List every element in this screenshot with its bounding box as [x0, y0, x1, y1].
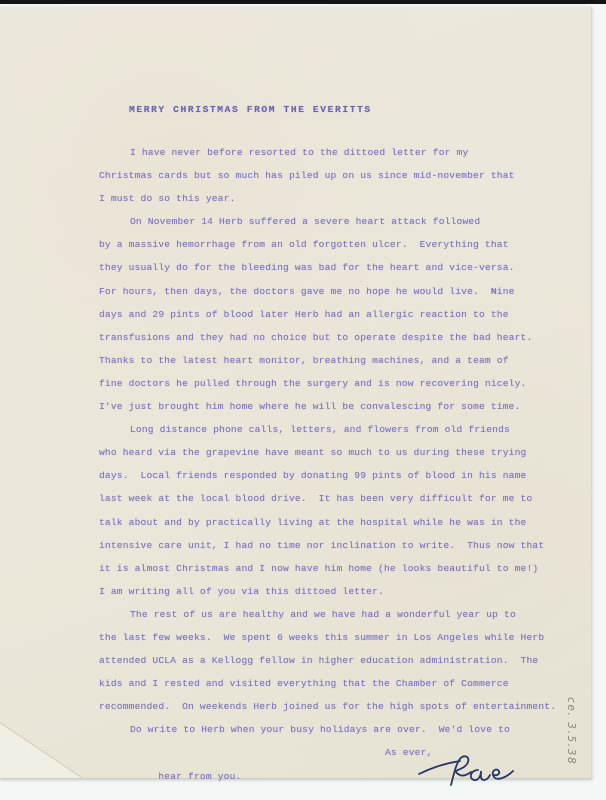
- letter-line: intensive care unit, I had no time nor i…: [99, 534, 569, 557]
- letter-line: Thanks to the latest heart monitor, brea…: [99, 349, 569, 372]
- signature: [417, 751, 517, 793]
- closing-text: hear from you.: [158, 771, 241, 782]
- paragraph-4: The rest of us are healthy and we have h…: [99, 603, 569, 718]
- letter-line: talk about and by practically living at …: [99, 511, 569, 534]
- letter-line: I have never before resorted to the ditt…: [99, 141, 569, 164]
- letter-line: last week at the local blood drive. It h…: [99, 487, 569, 510]
- letter-title: MERRY CHRISTMAS FROM THE EVERITTS: [129, 104, 372, 115]
- signature-handwriting-icon: [417, 751, 517, 793]
- letter-body: I have never before resorted to the ditt…: [99, 141, 569, 765]
- letter-line: kids and I rested and visited everything…: [99, 672, 569, 695]
- paragraph-2: On November 14 Herb suffered a severe he…: [99, 210, 569, 418]
- margin-note: ce. 3.5.38: [565, 697, 577, 765]
- scan-edge-top: [0, 0, 606, 4]
- letter-line: by a massive hemorrhage from an old forg…: [99, 233, 569, 256]
- letter-line: days and 29 pints of blood later Herb ha…: [99, 303, 569, 326]
- letter-line: Long distance phone calls, letters, and …: [99, 418, 569, 441]
- letter-line: it is almost Christmas and I now have hi…: [99, 557, 569, 580]
- letter-line: transfusions and they had no choice but …: [99, 326, 569, 349]
- letter-line: I must do so this year.: [99, 187, 569, 210]
- letter-line: I am writing all of you via this dittoed…: [99, 580, 569, 603]
- paragraph-1: I have never before resorted to the ditt…: [99, 141, 569, 210]
- letter-line: On November 14 Herb suffered a severe he…: [99, 210, 569, 233]
- letter-line: recommended. On weekends Herb joined us …: [99, 695, 569, 718]
- letter-line: who heard via the grapevine have meant s…: [99, 441, 569, 464]
- letter-line: attended UCLA as a Kellogg fellow in hig…: [99, 649, 569, 672]
- letter-line: For hours, then days, the doctors gave m…: [99, 280, 569, 303]
- page-fold-corner: [0, 722, 82, 778]
- letter-line: fine doctors he pulled through the surge…: [99, 372, 569, 395]
- letter-line: The rest of us are healthy and we have h…: [99, 603, 569, 626]
- letter-line: they usually do for the bleeding was bad…: [99, 256, 569, 279]
- letter-line: Do write to Herb when your busy holidays…: [99, 718, 569, 741]
- paragraph-3: Long distance phone calls, letters, and …: [99, 418, 569, 603]
- letter-line: Christmas cards but so much has piled up…: [99, 164, 569, 187]
- letter-line: days. Local friends responded by donatin…: [99, 464, 569, 487]
- letter-page: MERRY CHRISTMAS FROM THE EVERITTS I have…: [0, 7, 592, 779]
- letter-line: I've just brought him home where he will…: [99, 395, 569, 418]
- letter-line: the last few weeks. We spent 6 weeks thi…: [99, 626, 569, 649]
